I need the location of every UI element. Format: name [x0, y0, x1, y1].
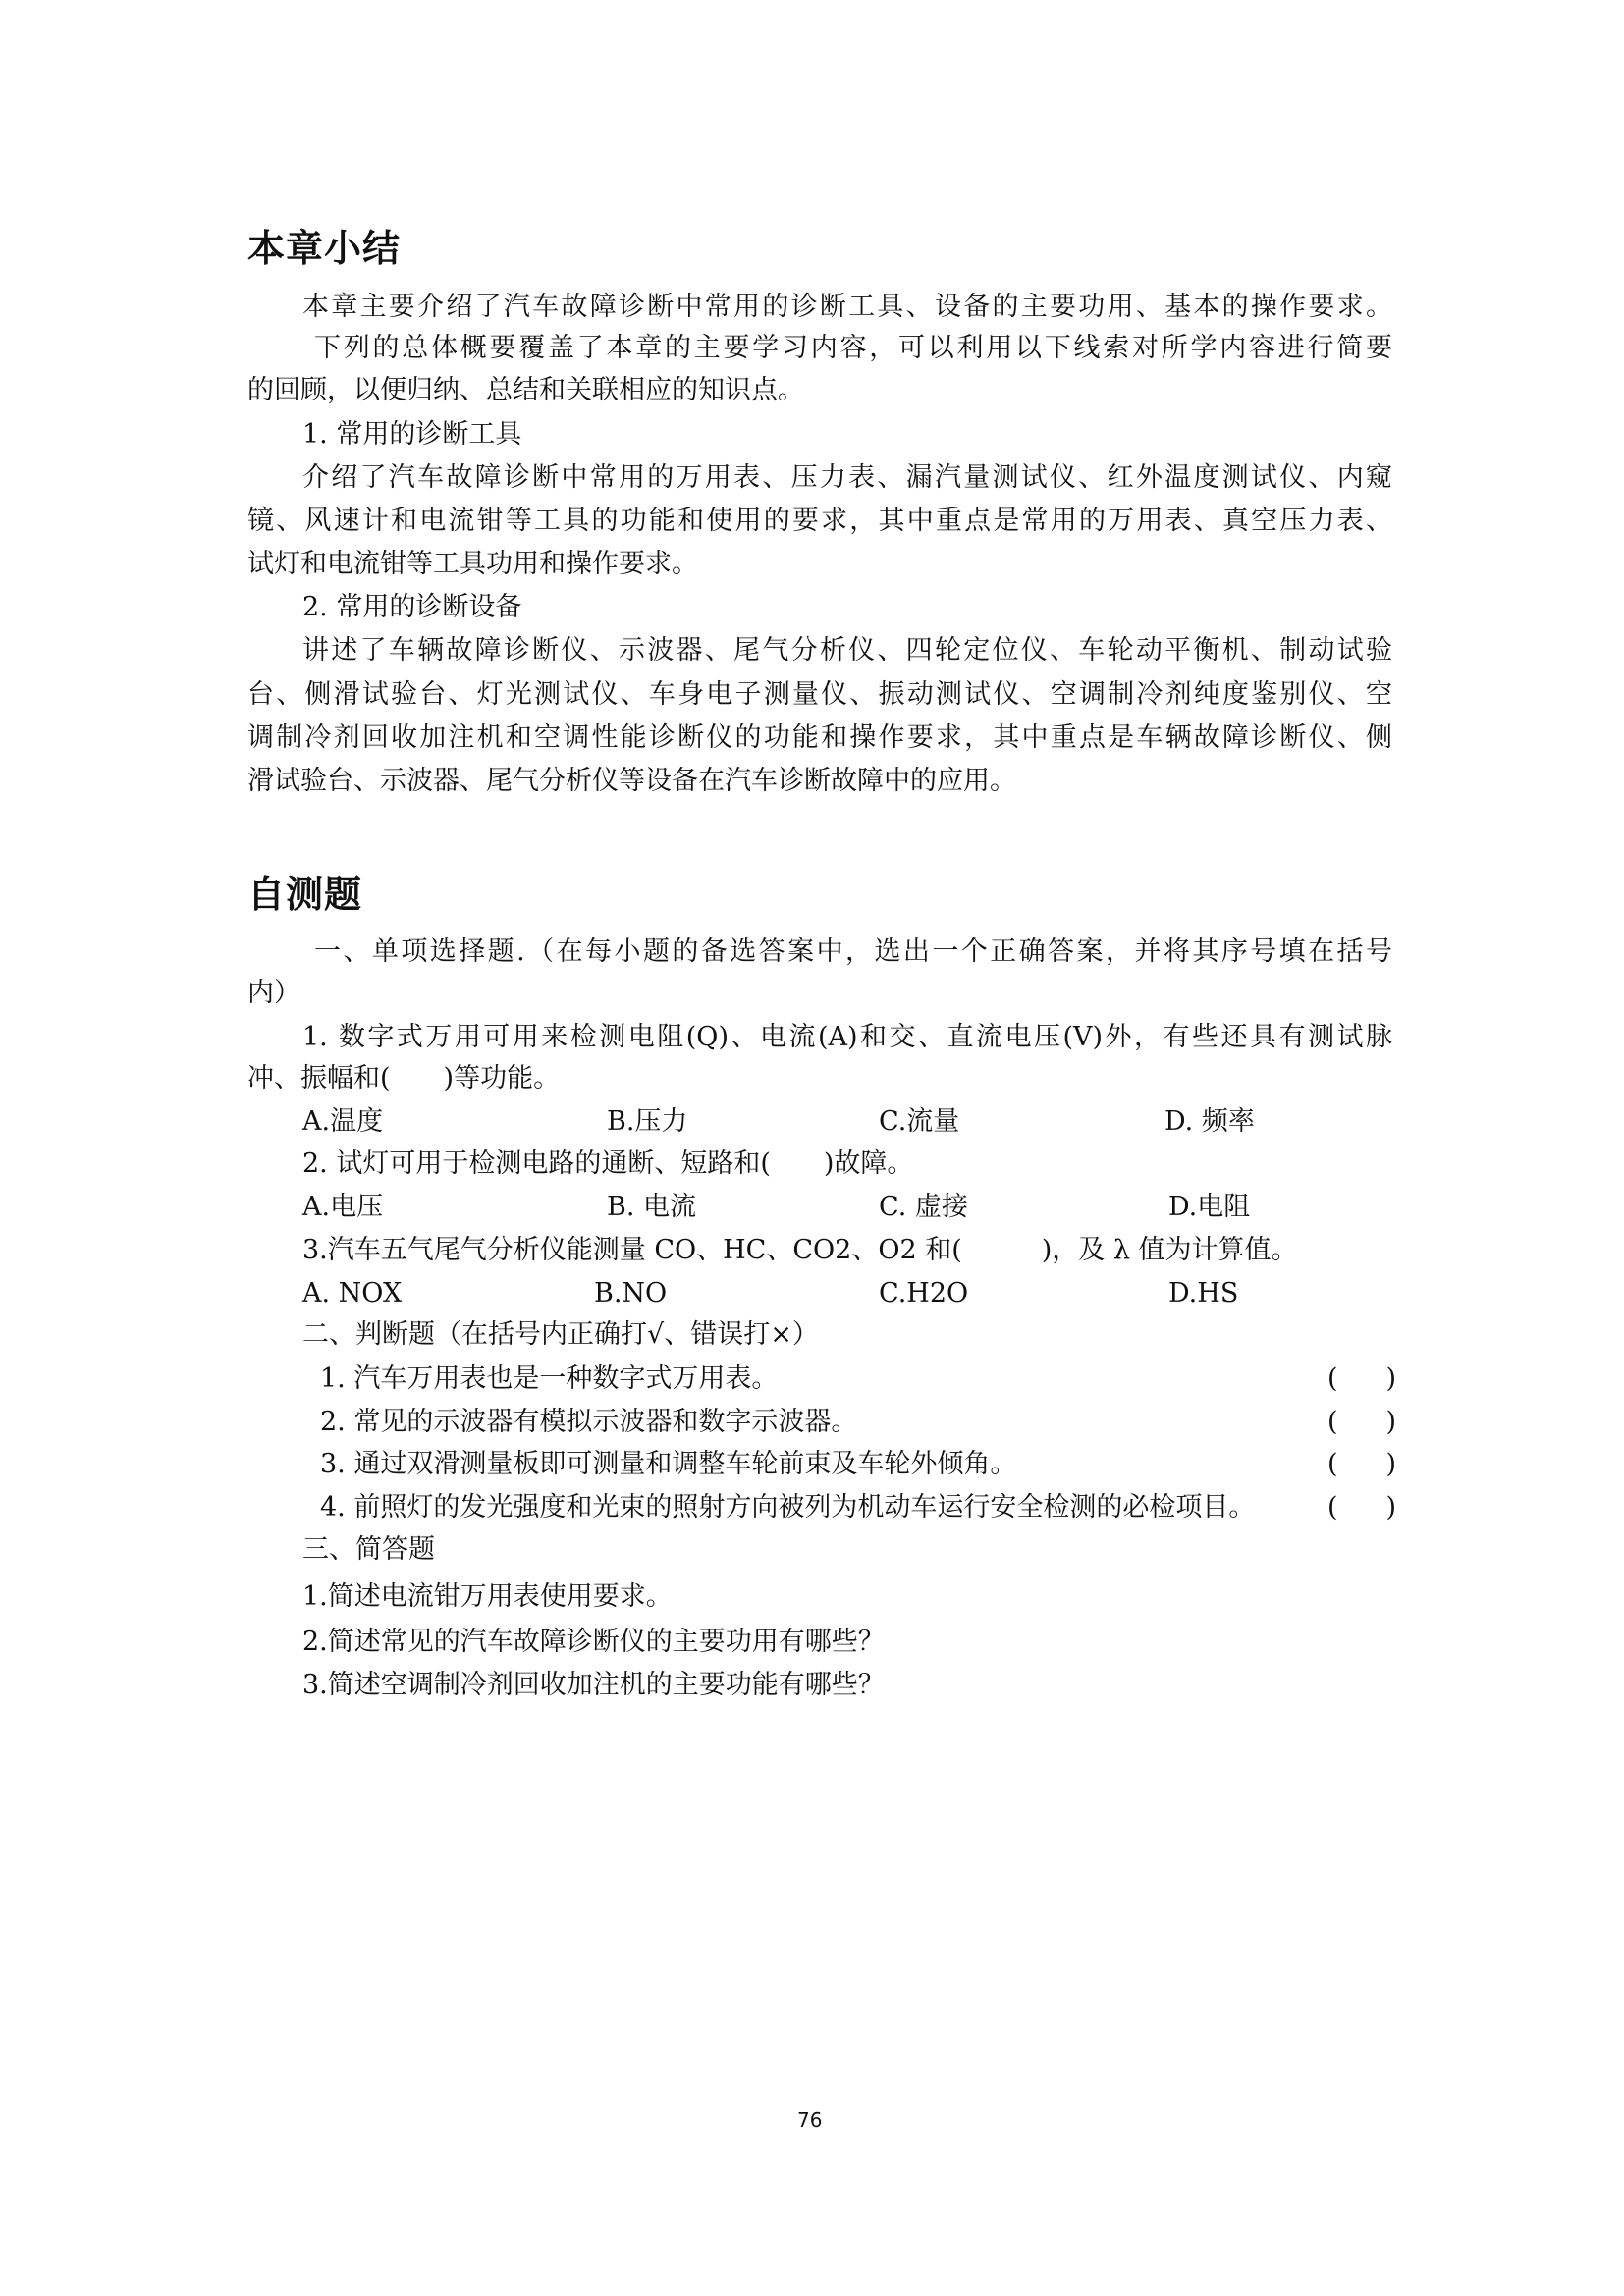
question-1-cont: 冲、振幅和( )等功能。	[247, 1062, 1392, 1095]
selftest-heading: 自测题	[247, 864, 362, 918]
judgment-item-2: 2. 常见的示波器有模拟示波器和数字示波器。	[320, 1406, 857, 1439]
summary-paragraph-line: 本章主要介绍了汽车故障诊断中常用的诊断工具、设备的主要功用、基本的操作要求。	[302, 291, 1392, 324]
subheading-tools: 1. 常用的诊断工具	[302, 418, 1392, 452]
short-answer-2: 2.简述常见的汽车故障诊断仪的主要功用有哪些？	[302, 1626, 1392, 1659]
judgment-item-1: 1. 汽车万用表也是一种数字式万用表。	[320, 1362, 778, 1396]
answer-blank-4[interactable]: ()	[1327, 1491, 1396, 1524]
section1-title: 一、单项选择题.（在每小题的备选答案中，选出一个正确答案，并将其序号填在括号	[314, 935, 1392, 969]
q1-option-d: D. 频率	[1164, 1105, 1255, 1139]
page-number: 76	[797, 2109, 822, 2132]
document-page: 本章小结 本章主要介绍了汽车故障诊断中常用的诊断工具、设备的主要功用、基本的操作…	[0, 0, 1624, 2296]
q3-option-b: B.NO	[594, 1277, 667, 1310]
question-3: 3.汽车五气尾气分析仪能测量 CO、HC、CO2、O2 和( )，及 λ 值为计…	[302, 1234, 1392, 1267]
summary-paragraph-line: 介绍了汽车故障诊断中常用的万用表、压力表、漏汽量测试仪、红外温度测试仪、内窥	[302, 461, 1392, 495]
summary-paragraph-line: 的回顾，以便归纳、总结和关联相应的知识点。	[247, 374, 1392, 407]
question-1: 1. 数字式万用可用来检测电阻(Q)、电流(A)和交、直流电压(V)外，有些还具…	[302, 1021, 1392, 1054]
summary-paragraph-line: 台、侧滑试验台、灯光测试仪、车身电子测量仪、振动测试仪、空调制冷剂纯度鉴别仪、空	[247, 678, 1392, 712]
judgment-item-3: 3. 通过双滑测量板即可测量和调整车轮前束及车轮外倾角。	[320, 1448, 1016, 1481]
summary-paragraph-line: 讲述了车辆故障诊断仪、示波器、尾气分析仪、四轮定位仪、车轮动平衡机、制动试验	[302, 634, 1392, 667]
judgment-item-4: 4. 前照灯的发光强度和光束的照射方向被列为机动车运行安全检测的必检项目。	[320, 1491, 1255, 1524]
q2-option-d: D.电阻	[1168, 1191, 1250, 1224]
question-2: 2. 试灯可用于检测电路的通断、短路和( )故障。	[302, 1148, 1392, 1181]
short-answer-1: 1.简述电流钳万用表使用要求。	[302, 1580, 1392, 1614]
q2-option-b: B. 电流	[607, 1191, 696, 1224]
answer-blank-1[interactable]: ()	[1327, 1362, 1396, 1396]
summary-paragraph-line: 试灯和电流钳等工具功用和操作要求。	[247, 548, 1392, 581]
summary-heading: 本章小结	[247, 218, 401, 272]
q2-option-c: C. 虚接	[879, 1191, 968, 1224]
answer-blank-2[interactable]: ()	[1327, 1406, 1396, 1439]
subheading-equipment: 2. 常用的诊断设备	[302, 591, 1392, 624]
summary-paragraph-line: 调制冷剂回收加注机和空调性能诊断仪的功能和操作要求，其中重点是车辆故障诊断仪、侧	[247, 721, 1392, 755]
summary-paragraph-line: 镜、风速计和电流钳等工具的功能和使用的要求，其中重点是常用的万用表、真空压力表、	[247, 505, 1392, 538]
section2-title: 二、判断题（在括号内正确打√、错误打×）	[302, 1318, 1392, 1352]
summary-paragraph-line: 滑试验台、示波器、尾气分析仪等设备在汽车诊断故障中的应用。	[247, 765, 1392, 798]
q2-option-a: A.电压	[302, 1191, 383, 1224]
q1-option-b: B.压力	[607, 1105, 687, 1139]
section1-title-cont: 内）	[247, 977, 1392, 1010]
summary-paragraph-line: 下列的总体概要覆盖了本章的主要学习内容，可以利用以下线索对所学内容进行简要	[314, 332, 1392, 365]
short-answer-3: 3.简述空调制冷剂回收加注机的主要功能有哪些？	[302, 1669, 1392, 1702]
q3-option-c: C.H2O	[879, 1277, 968, 1310]
q1-option-c: C.流量	[879, 1105, 959, 1139]
q3-option-d: D.HS	[1168, 1277, 1238, 1310]
answer-blank-3[interactable]: ()	[1327, 1448, 1396, 1481]
section3-title: 三、简答题	[302, 1533, 1392, 1567]
q3-option-a: A. NOX	[302, 1277, 402, 1310]
q1-option-a: A.温度	[302, 1105, 383, 1139]
